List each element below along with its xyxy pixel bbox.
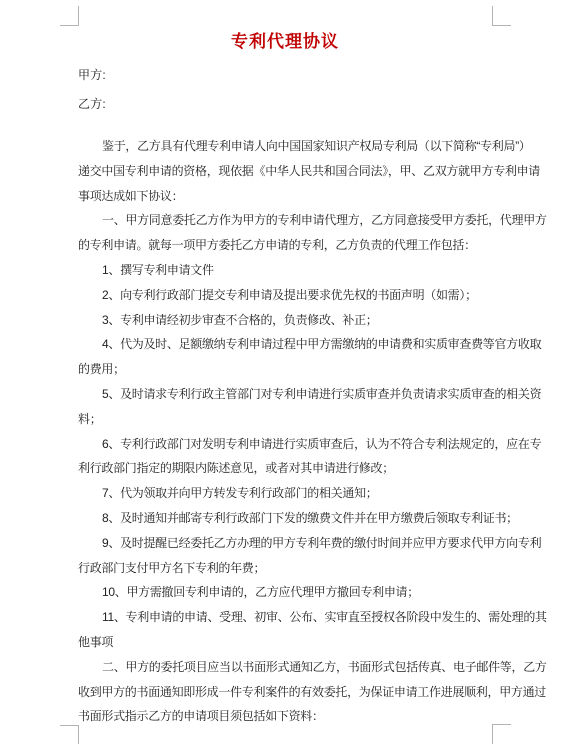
paragraph-clause-1: 一、甲方同意委托乙方作为甲方的专利申请代理方，乙方同意接受甲方委托，代理甲方 的…: [78, 208, 492, 258]
list-item-10: 10、甲方需撤回专利申请的，乙方应代理甲方撤回专利申请；: [78, 580, 492, 605]
list-item-3: 3、专利申请经初步审查不合格的，负责修改、补正；: [78, 308, 492, 333]
list-item-1: 1、撰写专利申请文件: [78, 258, 492, 283]
paragraph-line: 5、及时请求专利行政主管部门对专利申请进行实质审查并负责请求实质审查的相关资: [78, 382, 492, 407]
paragraph-line: 6、专利行政部门对发明专利申请进行实质审查后，认为不符合专利法规定的，应在专: [78, 432, 492, 457]
list-item-11: 11、专利申请的申请、受理、初审、公布、实审直至授权各阶段中发生的、需处理的其 …: [78, 605, 492, 655]
list-item-2: 2、向专利行政部门提交专利申请及提出要求优先权的书面声明（如需）；: [78, 283, 492, 308]
paragraph-line: 利行政部门指定的期限内陈述意见，或者对其申请进行修改；: [78, 456, 492, 481]
paragraph-line: 8、及时通知并邮寄专利行政部门下发的缴费文件并在甲方缴费后领取专利证书；: [78, 506, 492, 531]
paragraph-line: 2、向专利行政部门提交专利申请及提出要求优先权的书面声明（如需）；: [78, 283, 492, 308]
paragraph-clause-2: 二、甲方的委托项目应当以书面形式通知乙方，书面形式包括传真、电子邮件等，乙方 收…: [78, 655, 492, 729]
list-item-5: 5、及时请求专利行政主管部门对专利申请进行实质审查并负责请求实质审查的相关资 料…: [78, 382, 492, 432]
paragraph-line: 料；: [78, 407, 492, 432]
paragraph-line: 3、专利申请经初步审查不合格的，负责修改、补正；: [78, 308, 492, 333]
paragraph-line: 收到甲方的书面通知即形成一件专利案件的有效委托，为保证申请工作进展顺利，甲方通过: [78, 680, 492, 705]
paragraph-line: 他事项: [78, 630, 492, 655]
crop-mark-top-right: [492, 6, 511, 26]
list-item-7: 7、代为领取并向甲方转发专利行政部门的相关通知；: [78, 481, 492, 506]
list-item-4: 4、代为及时、足额缴纳专利申请过程中甲方需缴纳的申请费和实质审查费等官方收取 的…: [78, 332, 492, 382]
party-a-line: 甲方:: [78, 63, 492, 88]
paragraph-line: 9、及时提醒已经委托乙方办理的甲方专利年费的缴付时间并应甲方要求代甲方向专利: [78, 531, 492, 556]
paragraph-line: 的费用；: [78, 357, 492, 382]
paragraph-line: 鉴于，乙方具有代理专利申请人向中国国家知识产权局专利局（以下简称“专利局”）: [78, 134, 492, 159]
paragraph-line: 7、代为领取并向甲方转发专利行政部门的相关通知；: [78, 481, 492, 506]
body-paragraphs: 鉴于，乙方具有代理专利申请人向中国国家知识产权局专利局（以下简称“专利局”） 递…: [78, 134, 492, 729]
paragraph-line: 二、甲方的委托项目应当以书面形式通知乙方，书面形式包括传真、电子邮件等，乙方: [78, 655, 492, 680]
party-b-line: 乙方:: [78, 92, 492, 117]
paragraph-line: 事项达成如下协议：: [78, 184, 492, 209]
list-item-6: 6、专利行政部门对发明专利申请进行实质审查后，认为不符合专利法规定的，应在专 利…: [78, 432, 492, 482]
text-area: 专利代理协议 甲方: 乙方: 鉴于，乙方具有代理专利申请人向中国国家知识产权局专…: [78, 0, 492, 729]
list-item-8: 8、及时通知并邮寄专利行政部门下发的缴费文件并在甲方缴费后领取专利证书；: [78, 506, 492, 531]
crop-mark-bottom-left: [60, 725, 79, 744]
crop-mark-top-left: [60, 6, 79, 26]
paragraph-line: 书面形式指示乙方的申请项目须包括如下资料：: [78, 704, 492, 729]
paragraph-line: 11、专利申请的申请、受理、初审、公布、实审直至授权各阶段中发生的、需处理的其: [78, 605, 492, 630]
paragraph-line: 行政部门支付甲方名下专利的年费；: [78, 556, 492, 581]
document-page: 专利代理协议 甲方: 乙方: 鉴于，乙方具有代理专利申请人向中国国家知识产权局专…: [0, 0, 579, 744]
list-item-9: 9、及时提醒已经委托乙方办理的甲方专利年费的缴付时间并应甲方要求代甲方向专利 行…: [78, 531, 492, 581]
paragraph-line: 递交中国专利申请的资格，现依据《中华人民共和国合同法》，甲、乙双方就甲方专利申请: [78, 159, 492, 184]
paragraph-line: 10、甲方需撤回专利申请的，乙方应代理甲方撤回专利申请；: [78, 580, 492, 605]
paragraph-line: 1、撰写专利申请文件: [78, 258, 492, 283]
document-title: 专利代理协议: [78, 30, 492, 54]
paragraph-line: 4、代为及时、足额缴纳专利申请过程中甲方需缴纳的申请费和实质审查费等官方收取: [78, 332, 492, 357]
paragraph-intro: 鉴于，乙方具有代理专利申请人向中国国家知识产权局专利局（以下简称“专利局”） 递…: [78, 134, 492, 208]
crop-mark-bottom-right: [492, 724, 511, 744]
paragraph-line: 的专利申请。就每一项甲方委托乙方申请的专利，乙方负责的代理工作包括：: [78, 233, 492, 258]
paragraph-line: 一、甲方同意委托乙方作为甲方的专利申请代理方，乙方同意接受甲方委托，代理甲方: [78, 208, 492, 233]
